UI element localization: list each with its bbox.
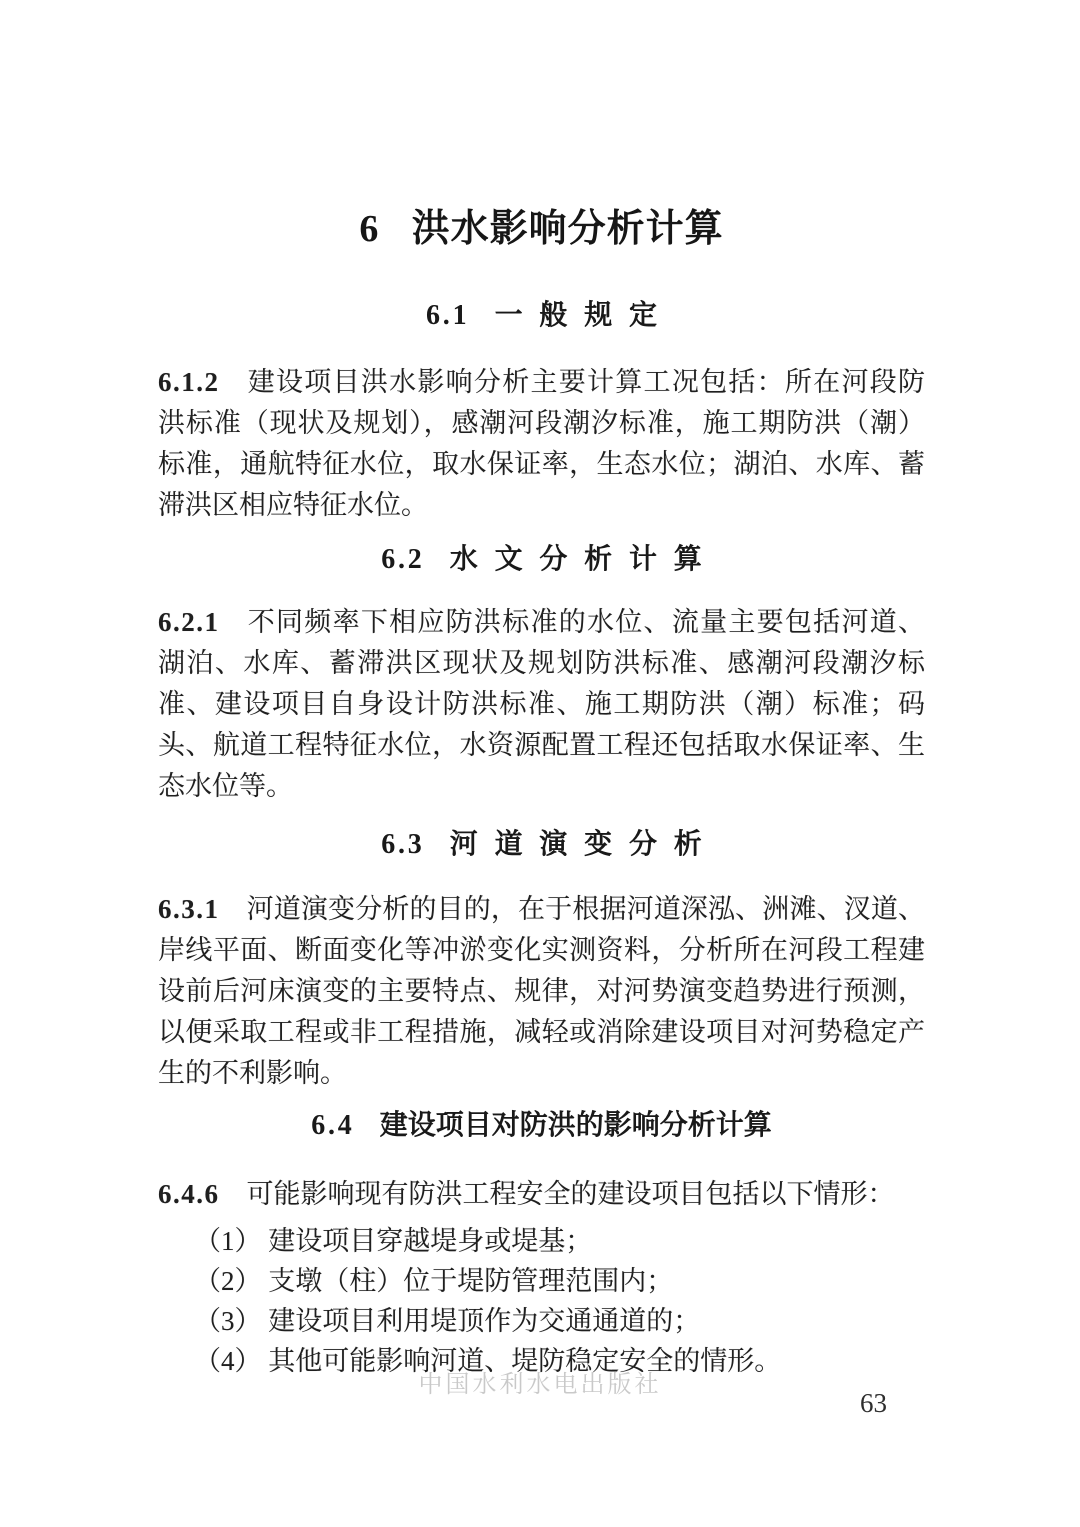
clause-line: 准、建设项目自身设计防洪标准、施工期防洪（潮）标准；码 — [158, 684, 925, 725]
section-title: 一般规定 — [495, 299, 674, 330]
clause-line: 设前后河床演变的主要特点、规律，对河势演变趋势进行预测， — [158, 971, 925, 1012]
section-number: 6.4 — [311, 1110, 354, 1141]
clause-6-4-6: 6.4.6可能影响现有防洪工程安全的建设项目包括以下情形： — [158, 1174, 925, 1215]
section-number: 6.1 — [426, 300, 469, 331]
publisher-watermark: 中国水利水电出版社 — [0, 1364, 1080, 1399]
clause-text: 河道演变分析的目的，在于根据河道深泓、洲滩、汊道、 — [247, 894, 926, 924]
clause-line: 6.1.2建设项目洪水影响分析主要计算工况包括：所在河段防 — [158, 362, 925, 403]
chapter-number: 6 — [359, 208, 379, 250]
list-item: （1） 建设项目穿越堤身或堤基； — [158, 1221, 925, 1261]
section-heading-6-1: 6.1一般规定 — [158, 298, 925, 333]
section-heading-6-4: 6.4建设项目对防洪的影响分析计算 — [158, 1108, 925, 1143]
clause-line: 湖泊、水库、蓄滞洪区现状及规划防洪标准、感潮河段潮汐标 — [158, 643, 925, 684]
list-item: （3） 建设项目利用堤顶作为交通通道的； — [158, 1301, 925, 1341]
section-heading-6-2: 6.2水文分析计算 — [158, 542, 925, 577]
section-number: 6.2 — [381, 544, 424, 575]
clause-text: 不同频率下相应防洪标准的水位、流量主要包括河道、 — [247, 607, 926, 637]
section-title: 河道演变分析 — [450, 828, 719, 859]
clause-text: 建设项目洪水影响分析主要计算工况包括：所在河段防 — [247, 367, 926, 397]
section-title: 建设项目对防洪的影响分析计算 — [380, 1109, 772, 1140]
clause-6-4-6-list: （1） 建设项目穿越堤身或堤基； （2） 支墩（柱）位于堤防管理范围内； （3）… — [158, 1221, 925, 1381]
section-title: 水文分析计算 — [450, 543, 719, 574]
chapter-heading: 6洪水影响分析计算 — [158, 206, 925, 252]
clause-line: 滞洪区相应特征水位。 — [158, 485, 925, 526]
clause-6-1-2: 6.1.2建设项目洪水影响分析主要计算工况包括：所在河段防 洪标准（现状及规划）… — [158, 362, 925, 526]
clause-number: 6.2.1 — [158, 607, 220, 637]
clause-number: 6.4.6 — [158, 1179, 220, 1209]
clause-number: 6.1.2 — [158, 367, 220, 397]
clause-line: 头、航道工程特征水位，水资源配置工程还包括取水保证率、生 — [158, 725, 925, 766]
clause-6-2-1: 6.2.1不同频率下相应防洪标准的水位、流量主要包括河道、 湖泊、水库、蓄滞洪区… — [158, 602, 925, 807]
clause-line: 6.4.6可能影响现有防洪工程安全的建设项目包括以下情形： — [158, 1174, 925, 1215]
clause-line: 6.3.1河道演变分析的目的，在于根据河道深泓、洲滩、汊道、 — [158, 889, 925, 930]
clause-line: 态水位等。 — [158, 766, 925, 807]
page-number: 63 — [860, 1388, 887, 1419]
clause-6-3-1: 6.3.1河道演变分析的目的，在于根据河道深泓、洲滩、汊道、 岸线平面、断面变化… — [158, 889, 925, 1094]
clause-line: 6.2.1不同频率下相应防洪标准的水位、流量主要包括河道、 — [158, 602, 925, 643]
clause-line: 岸线平面、断面变化等冲淤变化实测资料，分析所在河段工程建 — [158, 930, 925, 971]
section-heading-6-3: 6.3河道演变分析 — [158, 827, 925, 862]
list-item: （2） 支墩（柱）位于堤防管理范围内； — [158, 1261, 925, 1301]
clause-line: 标准，通航特征水位，取水保证率，生态水位；湖泊、水库、蓄 — [158, 444, 925, 485]
document-page: 6洪水影响分析计算 6.1一般规定 6.1.2建设项目洪水影响分析主要计算工况包… — [0, 0, 1080, 1527]
clause-number: 6.3.1 — [158, 894, 220, 924]
clause-line: 以便采取工程或非工程措施，减轻或消除建设项目对河势稳定产 — [158, 1012, 925, 1053]
clause-line: 生的不利影响。 — [158, 1053, 925, 1094]
page-content: 6洪水影响分析计算 6.1一般规定 6.1.2建设项目洪水影响分析主要计算工况包… — [158, 0, 925, 1381]
clause-text: 可能影响现有防洪工程安全的建设项目包括以下情形： — [247, 1179, 895, 1209]
clause-line: 洪标准（现状及规划），感潮河段潮汐标准，施工期防洪（潮） — [158, 403, 925, 444]
chapter-title-text: 洪水影响分析计算 — [412, 208, 724, 250]
section-number: 6.3 — [381, 829, 424, 860]
